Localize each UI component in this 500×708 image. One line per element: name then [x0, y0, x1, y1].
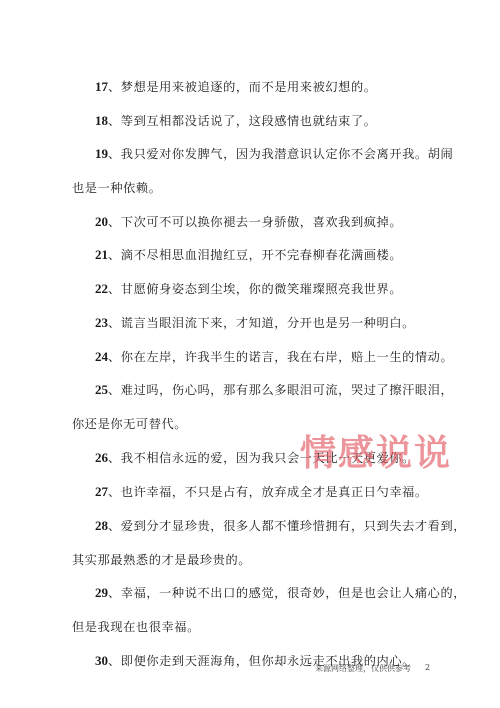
list-item: 18、等到互相都没话说了，这段感情也就结束了。 — [95, 113, 377, 129]
item-text: 、也许幸福，不只是占有，放弃成全才是真正日勺幸福。 — [108, 485, 428, 499]
list-item: 24、你在左岸，许我半生的诺言，我在右岸，赔上一生的情动。 — [95, 349, 453, 365]
item-text: 其实那最熟悉的才是最珍贵的。 — [72, 553, 251, 567]
item-number: 28 — [95, 518, 108, 533]
list-item: 27、也许幸福，不只是占有，放弃成全才是真正日勺幸福。 — [95, 484, 428, 500]
list-item: 21、滴不尽相思血泪抛红豆，开不完春柳春花满画楼。 — [95, 247, 402, 263]
list-item: 20、下次可不可以换你褪去一身骄傲，喜欢我到疯掉。 — [95, 214, 402, 230]
item-text: 你还是你无可替代。 — [72, 417, 187, 431]
list-item-continuation: 但是我现在也很幸福。 — [72, 619, 200, 635]
item-text: 、难过吗，伤心吗，那有那么多眼泪可流，哭过了擦汗眼泪， — [108, 383, 453, 397]
item-text: 、你在左岸，许我半生的诺言，我在右岸，赔上一生的情动。 — [108, 350, 453, 364]
list-item-continuation: 其实那最熟悉的才是最珍贵的。 — [72, 552, 251, 568]
item-text: 但是我现在也很幸福。 — [72, 620, 200, 634]
item-text: 、甘愿俯身姿态到尘埃，你的微笑璀璨照亮我世界。 — [108, 282, 402, 296]
list-item: 19、我只爱对你发脾气，因为我潜意识认定你不会离开我。胡闹 — [95, 146, 453, 162]
item-text: 也是一种依赖。 — [72, 181, 162, 195]
item-number: 30 — [95, 653, 108, 668]
item-text: 、下次可不可以换你褪去一身骄傲，喜欢我到疯掉。 — [108, 215, 402, 229]
list-item-continuation: 你还是你无可替代。 — [72, 416, 187, 432]
item-number: 19 — [95, 146, 108, 161]
list-item: 28、爱到分才显珍贵，很多人都不懂珍惜拥有，只到失去才看到， — [95, 518, 466, 534]
item-number: 18 — [95, 113, 108, 128]
page-number: 2 — [425, 663, 430, 672]
item-number: 23 — [95, 315, 108, 330]
document-page: 17、梦想是用来被追逐的，而不是用来被幻想的。 18、等到互相都没话说了，这段感… — [0, 0, 500, 708]
list-item: 29、幸福，一种说不出口的感觉，很奇妙，但是也会让人痛心的， — [95, 585, 466, 601]
item-number: 26 — [95, 450, 108, 465]
list-item: 22、甘愿俯身姿态到尘埃，你的微笑璀璨照亮我世界。 — [95, 281, 402, 297]
list-item: 25、难过吗，伤心吗，那有那么多眼泪可流，哭过了擦汗眼泪， — [95, 382, 453, 398]
item-number: 22 — [95, 281, 108, 296]
footer-note: 来源网络整理，仅供供参考 — [315, 663, 411, 674]
item-number: 20 — [95, 214, 108, 229]
item-text: 、谎言当眼泪流下来，才知道，分开也是另一种明白。 — [108, 316, 415, 330]
item-text: 、等到互相都没话说了，这段感情也就结束了。 — [108, 114, 377, 128]
item-text: 、爱到分才显珍贵，很多人都不懂珍惜拥有，只到失去才看到， — [108, 519, 466, 533]
item-text: 、梦想是用来被追逐的，而不是用来被幻想的。 — [108, 80, 377, 94]
item-text: 、幸福，一种说不出口的感觉，很奇妙，但是也会让人痛心的， — [108, 586, 466, 600]
item-text: 、滴不尽相思血泪抛红豆，开不完春柳春花满画楼。 — [108, 248, 402, 262]
item-number: 21 — [95, 247, 108, 262]
list-item: 17、梦想是用来被追逐的，而不是用来被幻想的。 — [95, 79, 377, 95]
list-item-continuation: 也是一种依赖。 — [72, 180, 162, 196]
list-item: 23、谎言当眼泪流下来，才知道，分开也是另一种明白。 — [95, 315, 415, 331]
item-number: 29 — [95, 585, 108, 600]
item-number: 24 — [95, 349, 108, 364]
watermark: 情感说说 — [300, 425, 452, 476]
item-number: 27 — [95, 484, 108, 499]
item-number: 17 — [95, 79, 108, 94]
item-number: 25 — [95, 382, 108, 397]
item-text: 、我只爱对你发脾气，因为我潜意识认定你不会离开我。胡闹 — [108, 147, 453, 161]
